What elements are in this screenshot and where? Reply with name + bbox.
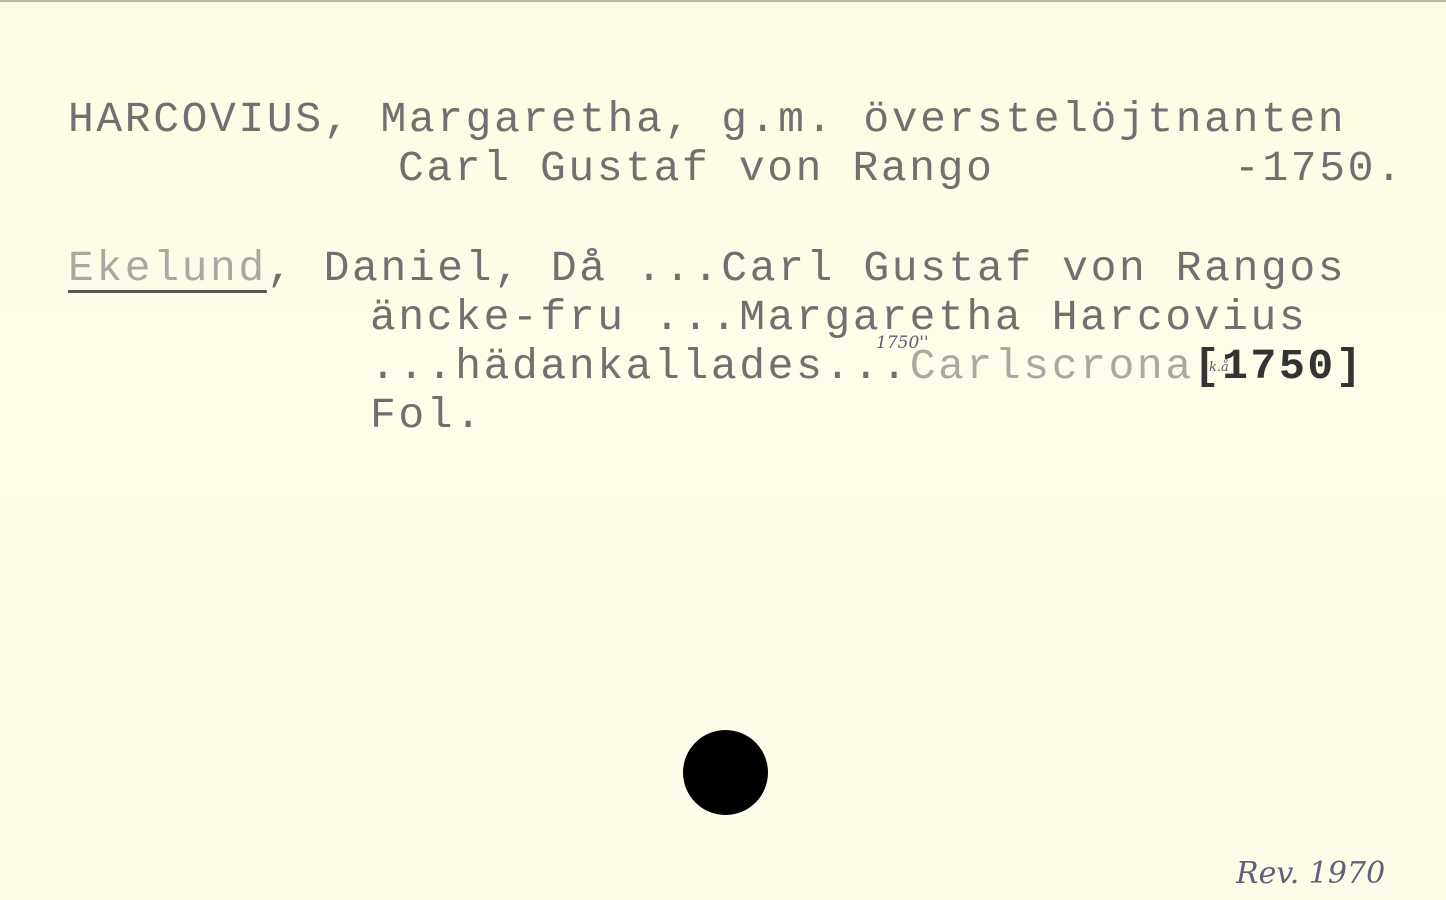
entry2-line2: äncke-fru ...Margaretha Harcovius	[370, 296, 1307, 339]
handwritten-revision: Rev. 1970	[1236, 856, 1385, 891]
card-top-edge	[0, 0, 1446, 2]
entry2-line1: Ekelund, Daniel, Då ...Carl Gustaf von R…	[68, 247, 1346, 290]
entry2-line4: Fol.	[370, 394, 484, 437]
entry2-place: Carlscrona	[910, 342, 1194, 391]
entry2-surname: Ekelund	[68, 244, 267, 293]
entry1-line2: Carl Gustaf von Rango	[398, 147, 995, 190]
entry1-surname: HARCOVIUS	[68, 95, 324, 144]
entry1-line1: HARCOVIUS, Margaretha, g.m. överstelöjtn…	[68, 98, 1346, 141]
handwritten-abbrev-spacer	[1194, 345, 1212, 359]
punch-hole	[683, 730, 768, 815]
entry1-date: -1750.	[1234, 147, 1404, 190]
handwritten-abbrev: k.å	[1209, 360, 1229, 375]
entry2-line3-text: ...hädankallades...	[370, 342, 910, 391]
entry2-line1-rest: , Daniel, Då ...Carl Gustaf von Rangos	[267, 244, 1346, 293]
handwritten-year: 1750''	[876, 333, 929, 353]
index-card: HARCOVIUS, Margaretha, g.m. överstelöjtn…	[0, 0, 1446, 900]
entry1-line1-rest: , Margaretha, g.m. överstelöjtnanten	[324, 95, 1347, 144]
